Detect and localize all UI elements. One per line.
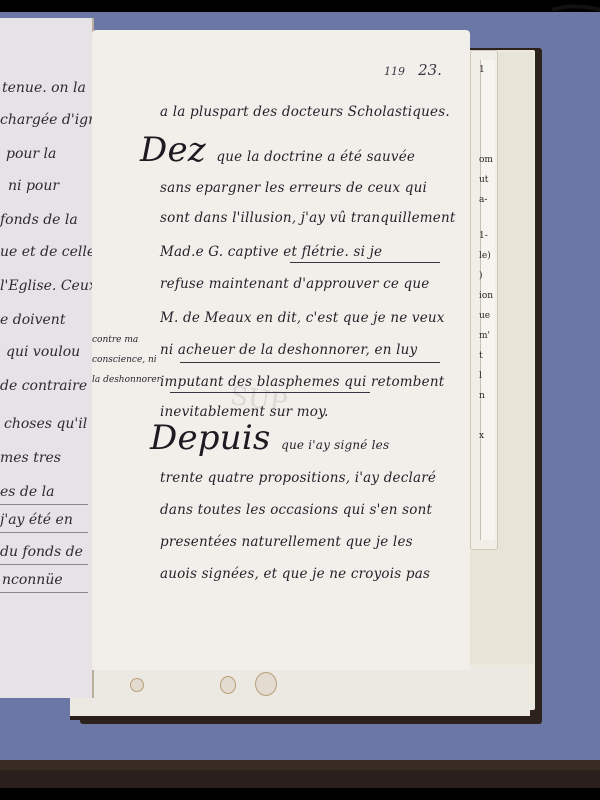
- left-page-rule: [0, 592, 88, 593]
- leaf-fragment: l: [479, 366, 499, 386]
- underline: [180, 362, 440, 363]
- leaf-fragment: t: [479, 346, 499, 366]
- drop-cap-depuis: Depuis: [150, 418, 271, 458]
- leaf-fragment: a-: [479, 190, 499, 210]
- top-black-bar: [0, 0, 600, 12]
- left-page-line: e doivent: [0, 312, 65, 328]
- left-page-line: pour la: [6, 146, 56, 162]
- leaf-fragment: x: [479, 426, 499, 446]
- leaf-fragment: n: [479, 386, 499, 406]
- underline: [170, 392, 370, 393]
- text-line-with-dropcap: Depuis que i'ay signé les: [150, 418, 389, 458]
- text-line: que la doctrine a été sauvée: [216, 149, 415, 165]
- text-line: a la pluspart des docteurs Scholastiques…: [160, 104, 450, 120]
- leaf-fragment: om: [479, 150, 499, 170]
- leaf-fragment: m': [479, 326, 499, 346]
- table-edge-dark: [0, 770, 600, 788]
- left-page-line: ue et de celle: [0, 244, 95, 260]
- left-page-line: ni pour: [8, 178, 59, 194]
- drop-cap-dez: Dez: [140, 130, 206, 170]
- text-line: trente quatre propositions, i'ay declaré: [160, 470, 436, 486]
- text-line: auois signées, et que je ne croyois pas: [160, 566, 430, 582]
- left-page-line: du fonds de: [0, 544, 83, 560]
- leaf-fragment: ): [479, 266, 499, 286]
- leaf-fragment: ion: [479, 286, 499, 306]
- text-line: que i'ay signé les: [281, 438, 389, 452]
- left-page-line: de contraire: [0, 378, 87, 394]
- left-page-line: tenue. on la: [2, 80, 86, 96]
- folio-number: 119 23.: [384, 60, 442, 79]
- text-line: M. de Meaux en dit, c'est que je ne veux: [160, 310, 445, 326]
- underline: [290, 262, 440, 263]
- text-line: sont dans l'illusion, j'ay vû tranquille…: [160, 210, 455, 226]
- left-page-rule: [0, 504, 88, 505]
- text-line: Mad.e G. captive et flétrie. si je: [160, 244, 382, 260]
- text-line: imputant des blasphemes qui retombent: [160, 374, 444, 390]
- text-line: ni acheuer de la deshonnorer, en luy: [160, 342, 417, 358]
- leaf-fragment: ut: [479, 170, 499, 190]
- leaf-fragment: 1-: [479, 226, 499, 246]
- left-page-line: l'Eglise. Ceux: [0, 278, 97, 294]
- leaf-fragment: ue: [479, 306, 499, 326]
- damaged-page-edge: [70, 668, 530, 720]
- left-page-line: mes tres: [0, 450, 61, 466]
- left-page-line: nconnüe: [2, 572, 63, 588]
- bottom-black-bar: [0, 788, 600, 800]
- left-page-line: fonds de la: [0, 212, 78, 228]
- folio-page-number: 23.: [418, 61, 442, 79]
- leaf-text-fragments: 1 om ut a- 1- le) ) ion ue m' t l n x: [479, 60, 499, 490]
- margin-note-line: contre ma: [92, 335, 138, 345]
- margin-note-line: conscience, ni: [92, 355, 157, 365]
- text-line: presentées naturellement que je les: [160, 534, 413, 550]
- text-line: refuse maintenant d'approuver ce que: [160, 276, 429, 292]
- left-page-rule: [0, 532, 88, 533]
- left-page-line: qui voulou: [6, 344, 80, 360]
- leaf-fragment: 1: [479, 60, 499, 80]
- stain: [220, 676, 236, 694]
- left-page-line: es de la: [0, 484, 54, 500]
- left-page-rule: [0, 564, 88, 565]
- stain: [130, 678, 144, 692]
- text-line: dans toutes les occasions qui s'en sont: [160, 502, 432, 518]
- folio-small-number: 119: [384, 65, 405, 78]
- margin-note-line: la deshonnorer: [92, 375, 161, 385]
- left-page: tenue. on la chargée d'ignom pour la ni …: [0, 18, 94, 698]
- stain: [255, 672, 277, 696]
- text-line: sans epargner les erreurs de ceux qui: [160, 180, 427, 196]
- leaf-fragment: le): [479, 246, 499, 266]
- text-line-with-dropcap: Dez que la doctrine a été sauvée: [140, 130, 415, 170]
- left-page-line: choses qu'il: [4, 416, 87, 432]
- left-page-line: j'ay été en: [0, 512, 73, 528]
